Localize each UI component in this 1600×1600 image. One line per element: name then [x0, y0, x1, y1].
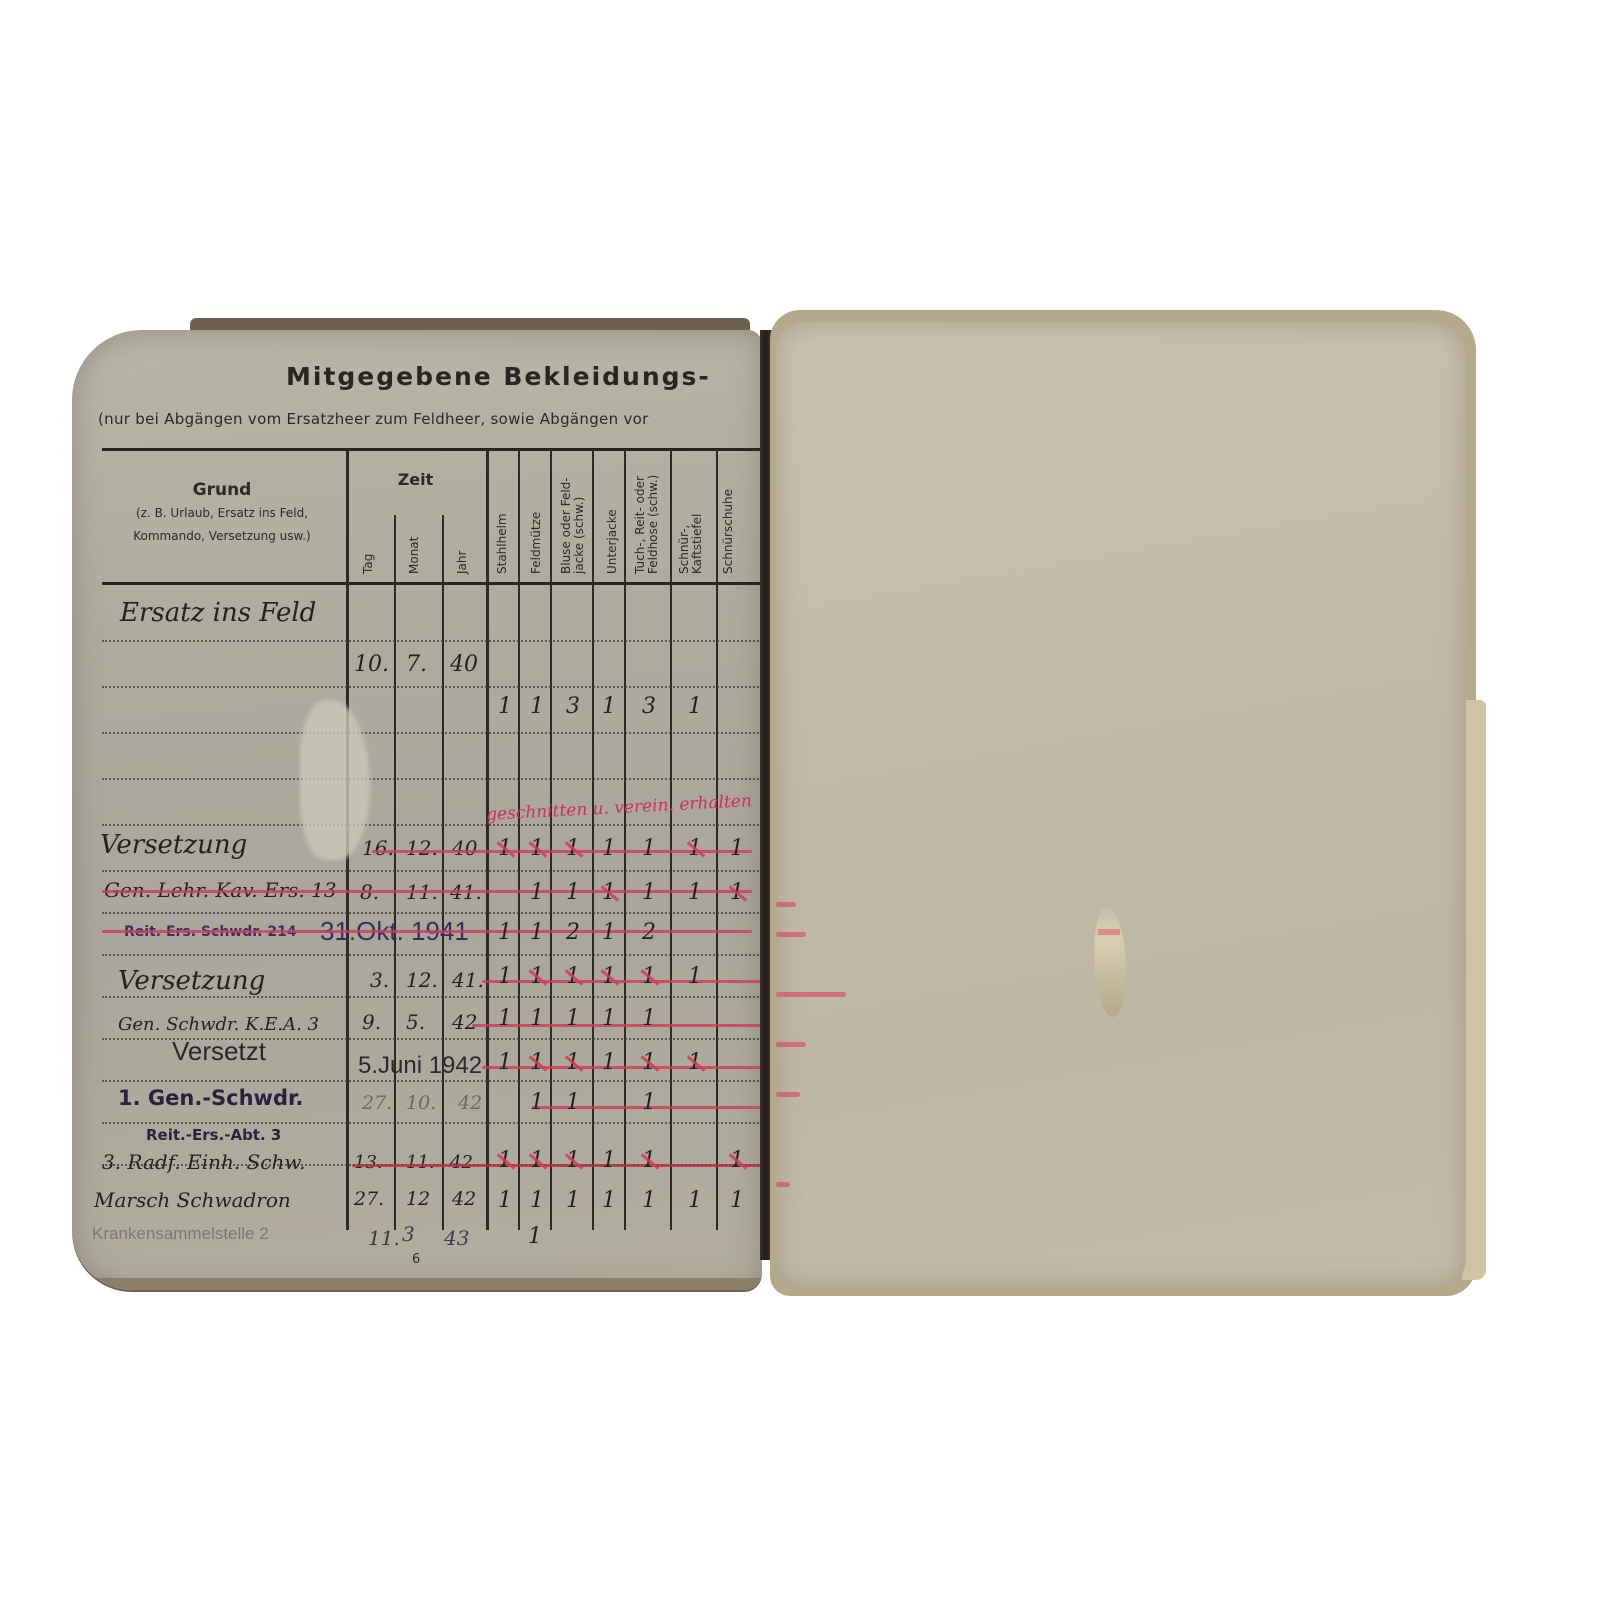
qty-cell: 1 — [594, 880, 624, 905]
qty-cell: 1 — [594, 1006, 624, 1031]
date-monat: 3 — [402, 1222, 415, 1246]
item-header-hose: Tuch-, Reit- oder Feldhose (schw.) — [634, 444, 660, 574]
qty-cell: 1 — [634, 1148, 664, 1173]
qty-cell: 1 — [634, 836, 664, 861]
monat-header: Monat — [408, 537, 421, 574]
column-divider — [670, 450, 672, 1230]
qty-cell: 1 — [522, 694, 552, 719]
date-jahr: 43 — [444, 1226, 469, 1250]
date-tag: 13. — [354, 1152, 383, 1173]
date-tag: 3. — [370, 968, 389, 992]
qty-cell: 1 — [522, 1006, 552, 1031]
ink-bleed — [776, 1042, 806, 1047]
qty-cell: 1 — [490, 836, 520, 861]
row-line — [102, 954, 762, 956]
date-jahr: 42 — [458, 1092, 482, 1114]
qty-cell: 1 — [558, 1090, 588, 1115]
versetzt-stamp: Versetzt — [172, 1036, 266, 1067]
qty-cell: 1 — [680, 836, 710, 861]
item-header-bluse: Bluse oder Feld-jacke (schw.) — [560, 454, 586, 574]
qty-cell: 1 — [680, 1050, 710, 1075]
date-tag: 27. — [362, 1092, 392, 1114]
header-rule — [102, 448, 762, 451]
date-monat: 7. — [406, 652, 427, 677]
qty-cell: 1 — [680, 964, 710, 989]
grund-header: Grund (z. B. Urlaub, Ersatz ins Feld, Ko… — [102, 480, 342, 546]
qty-cell: 1 — [634, 1050, 664, 1075]
qty-cell: 1 — [594, 920, 624, 945]
qty-cell: 1 — [490, 1148, 520, 1173]
date-jahr: 42 — [452, 1188, 476, 1210]
qty-cell: 1 — [558, 1148, 588, 1173]
grund-cell: Gen. Schwdr. K.E.A. 3 — [118, 1014, 319, 1035]
qty-cell: 1 — [522, 1050, 552, 1075]
left-page: Mitgegebene Bekleidungs- (nur bei Abgäng… — [72, 330, 762, 1290]
date-monat: 12. — [406, 836, 438, 860]
qty-cell: 1 — [722, 1148, 752, 1173]
qty-cell: 1 — [594, 1050, 624, 1075]
ink-bleed — [776, 1092, 800, 1097]
qty-cell: 1 — [680, 880, 710, 905]
qty-cell: 1 — [594, 1188, 624, 1213]
row-line — [102, 1122, 762, 1124]
paper-stain — [300, 700, 370, 860]
ink-bleed — [776, 992, 846, 997]
qty-cell: 1 — [522, 964, 552, 989]
date-monat: 12. — [406, 968, 438, 992]
qty-cell: 1 — [722, 1188, 752, 1213]
grund-cell: Versetzung — [100, 830, 247, 860]
qty-cell: 1 — [634, 964, 664, 989]
qty-cell: 2 — [634, 920, 664, 945]
column-divider — [716, 450, 718, 1230]
qty-cell: 1 — [558, 1006, 588, 1031]
date-jahr: 42 — [450, 1152, 473, 1173]
qty-cell: 2 — [558, 920, 588, 945]
grund-cell: 3. Radf. Einh. Schw. — [102, 1150, 305, 1174]
table-header-rule — [102, 582, 762, 585]
row-line — [102, 640, 762, 642]
qty-cell: 1 — [722, 836, 752, 861]
unit-stamp: 1. Gen.-Schwdr. — [118, 1086, 303, 1110]
row-line — [102, 870, 762, 872]
column-divider — [486, 450, 489, 1230]
qty-cell: 1 — [558, 880, 588, 905]
row-line — [102, 686, 762, 688]
date-monat: 10. — [406, 1092, 436, 1114]
date-jahr: 40 — [450, 652, 478, 677]
page-title: Mitgegebene Bekleidungs- — [286, 362, 711, 391]
tag-header: Tag — [362, 554, 375, 574]
qty-cell: 1 — [490, 1188, 520, 1213]
qty-cell: 1 — [634, 880, 664, 905]
page-stack-bottom — [72, 1278, 762, 1290]
torn-hole — [1094, 907, 1126, 1017]
item-header-feldmuetze: Feldmütze — [530, 512, 543, 574]
qty-cell: 3 — [558, 694, 588, 719]
row-line — [102, 912, 762, 914]
qty-cell: 1 — [594, 1148, 624, 1173]
ink-bleed — [776, 902, 796, 907]
jahr-header: Jahr — [456, 551, 469, 574]
row-line — [102, 824, 762, 826]
row-line — [102, 778, 762, 780]
qty-cell: 3 — [634, 694, 664, 719]
row-line — [102, 1080, 762, 1082]
item-header-schnuerschuhe: Schnürschuhe — [722, 489, 735, 574]
ink-bleed — [776, 932, 806, 937]
row-line — [102, 732, 762, 734]
column-divider — [624, 450, 626, 1230]
ink-bleed — [776, 1182, 790, 1187]
zeit-header: Zeit — [348, 470, 483, 489]
qty-cell: 1 — [490, 964, 520, 989]
date-monat: 12 — [406, 1188, 430, 1210]
strike-line — [352, 1164, 762, 1167]
qty-cell: 1 — [594, 836, 624, 861]
qty-cell: 1 — [490, 1050, 520, 1075]
qty-cell: 1 — [634, 1006, 664, 1031]
item-header-stiefel: Schnür-, Kaftstiefel — [678, 464, 704, 574]
grund-cell: Ersatz ins Feld — [120, 598, 316, 628]
date-stamp: 5.Juni 1942 — [358, 1052, 482, 1080]
date-tag: 9. — [362, 1010, 381, 1034]
date-monat: 11. — [406, 1152, 435, 1173]
right-page-blank — [776, 322, 1466, 1287]
date-jahr: 42 — [452, 1010, 477, 1034]
date-monat: 5. — [406, 1010, 425, 1034]
date-tag: 27. — [354, 1188, 384, 1210]
item-header-unterjacke: Unterjacke — [606, 509, 619, 574]
qty-cell: 1 — [634, 1188, 664, 1213]
qty-cell: 1 — [522, 1148, 552, 1173]
qty-cell: 1 — [522, 1090, 552, 1115]
page-subtitle: (nur bei Abgängen vom Ersatzheer zum Fel… — [98, 410, 649, 428]
qty-cell: 1 — [634, 1090, 664, 1115]
item-header-stahlhelm: Stahlhelm — [496, 513, 509, 574]
page-number: 6 — [412, 1252, 420, 1267]
date-tag: 16. — [362, 836, 394, 860]
grund-cell: Versetzung — [118, 966, 265, 996]
qty-cell: 1 — [722, 880, 752, 905]
qty-cell: 1 — [522, 836, 552, 861]
qty-cell: 1 — [522, 880, 552, 905]
qty-cell: 1 — [558, 836, 588, 861]
qty-cell: 1 — [490, 1006, 520, 1031]
qty-cell: 1 — [558, 1188, 588, 1213]
qty-cell: 1 — [490, 694, 520, 719]
qty-cell: 1 — [680, 1188, 710, 1213]
qty-cell: 1 — [594, 964, 624, 989]
qty-cell: 1 — [558, 964, 588, 989]
qty-cell: 1 — [558, 1050, 588, 1075]
qty-cell: 1 — [520, 1224, 550, 1249]
date-jahr: 41. — [452, 968, 484, 992]
qty-cell: 1 — [522, 1188, 552, 1213]
date-jahr: 40 — [452, 836, 477, 860]
qty-cell: 1 — [680, 694, 710, 719]
qty-cell: 1 — [522, 920, 552, 945]
date-tag: 10. — [354, 652, 389, 677]
row-line — [102, 996, 762, 998]
date-tag: 11. — [368, 1226, 400, 1250]
qty-cell: 1 — [490, 920, 520, 945]
red-annotation: geschnitten u. verein. erhalten — [486, 791, 753, 825]
grund-cell: Marsch Schwadron — [94, 1188, 291, 1212]
qty-cell: 1 — [594, 694, 624, 719]
unit-stamp: Reit.-Ers.-Abt. 3 — [146, 1126, 281, 1144]
faded-stamp: Krankensammelstelle 2 — [92, 1224, 269, 1244]
